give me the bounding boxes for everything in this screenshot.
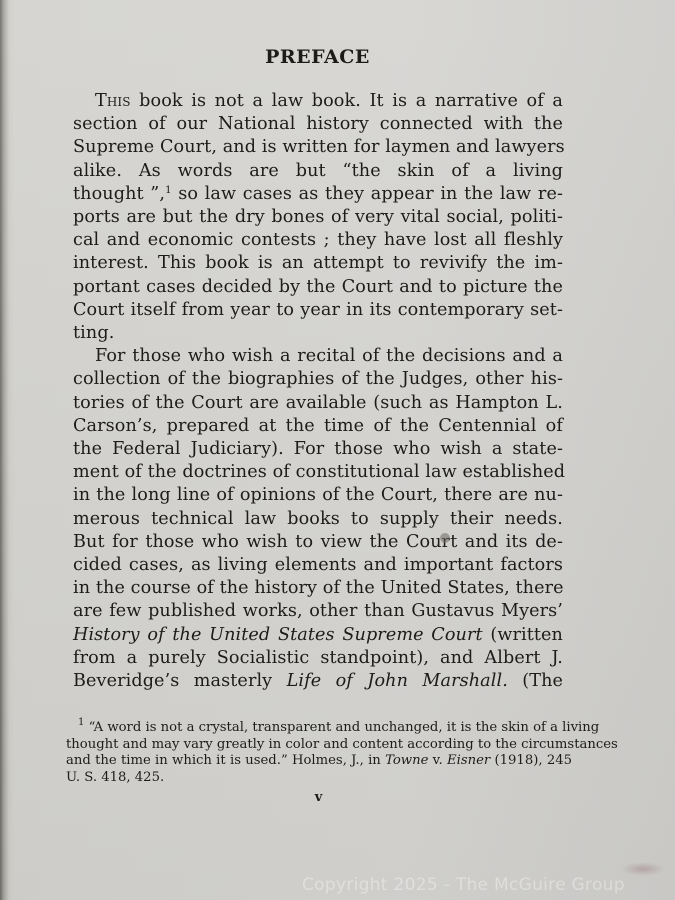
text-line: This book is not a law book. It is a nar… bbox=[73, 90, 563, 113]
footnote-number: 1 bbox=[78, 717, 84, 728]
text-line: History of the United States Supreme Cou… bbox=[73, 624, 563, 647]
page-number: v bbox=[0, 790, 637, 805]
text-line: in the long line of opinions of the Cour… bbox=[73, 484, 563, 507]
text-line: alike. As words are but “the skin of a l… bbox=[73, 160, 563, 183]
text-line: merous technical law books to supply the… bbox=[73, 508, 563, 531]
text-line: cal and economic contests ; they have lo… bbox=[73, 229, 563, 252]
book-title-italic: History of the United States Supreme Cou… bbox=[73, 625, 483, 645]
text-line: For those who wish a recital of the deci… bbox=[73, 345, 563, 368]
paper-smudge bbox=[621, 862, 665, 876]
text-line: are few published works, other than Gust… bbox=[73, 600, 563, 623]
copyright-watermark: Copyright 2025 - The McGuire Group bbox=[302, 875, 625, 895]
text-line: portant cases decided by the Court and t… bbox=[73, 276, 563, 299]
text-line: Beveridge’s masterly Life of John Marsha… bbox=[73, 670, 563, 693]
small-caps-lead: This bbox=[95, 91, 131, 111]
text-line: cided cases, as living elements and impo… bbox=[73, 554, 563, 577]
book-title-italic: Life of John Marshall. bbox=[287, 671, 508, 691]
text-line: thought ”,1 so law cases as they appear … bbox=[73, 183, 563, 206]
footnote-line: thought and may vary greatly in color an… bbox=[66, 737, 572, 754]
paper-spot bbox=[440, 533, 450, 543]
page-title: PREFACE bbox=[0, 46, 635, 68]
footnote-line: U. S. 418, 425. bbox=[66, 770, 572, 787]
text-line: Carson’s, prepared at the time of the Ce… bbox=[73, 415, 563, 438]
footnote-line: 1 “A word is not a crystal, transparent … bbox=[66, 720, 572, 737]
text-line: tories of the Court are available (such … bbox=[73, 392, 563, 415]
text-line: interest. This book is an attempt to rev… bbox=[73, 252, 563, 275]
text-line: section of our National history connecte… bbox=[73, 113, 563, 136]
footnote: 1 “A word is not a crystal, transparent … bbox=[66, 720, 572, 786]
text-line: in the course of the history of the Unit… bbox=[73, 577, 563, 600]
text-line: the Federal Judiciary). For those who wi… bbox=[73, 438, 563, 461]
text-line: Court itself from year to year in its co… bbox=[73, 299, 563, 322]
text-line: ment of the doctrines of constitutional … bbox=[73, 461, 563, 484]
footnote-line: and the time in which it is used.” Holme… bbox=[66, 753, 572, 770]
text-line: Supreme Court, and is written for laymen… bbox=[73, 136, 563, 159]
text-line: collection of the biographies of the Jud… bbox=[73, 368, 563, 391]
text-line: ting. bbox=[73, 322, 563, 345]
text-line: But for those who wish to view the Court… bbox=[73, 531, 563, 554]
body-text: This book is not a law book. It is a nar… bbox=[73, 90, 563, 693]
text-line: from a purely Socialistic standpoint), a… bbox=[73, 647, 563, 670]
text-line: ports are but the dry bones of very vita… bbox=[73, 206, 563, 229]
